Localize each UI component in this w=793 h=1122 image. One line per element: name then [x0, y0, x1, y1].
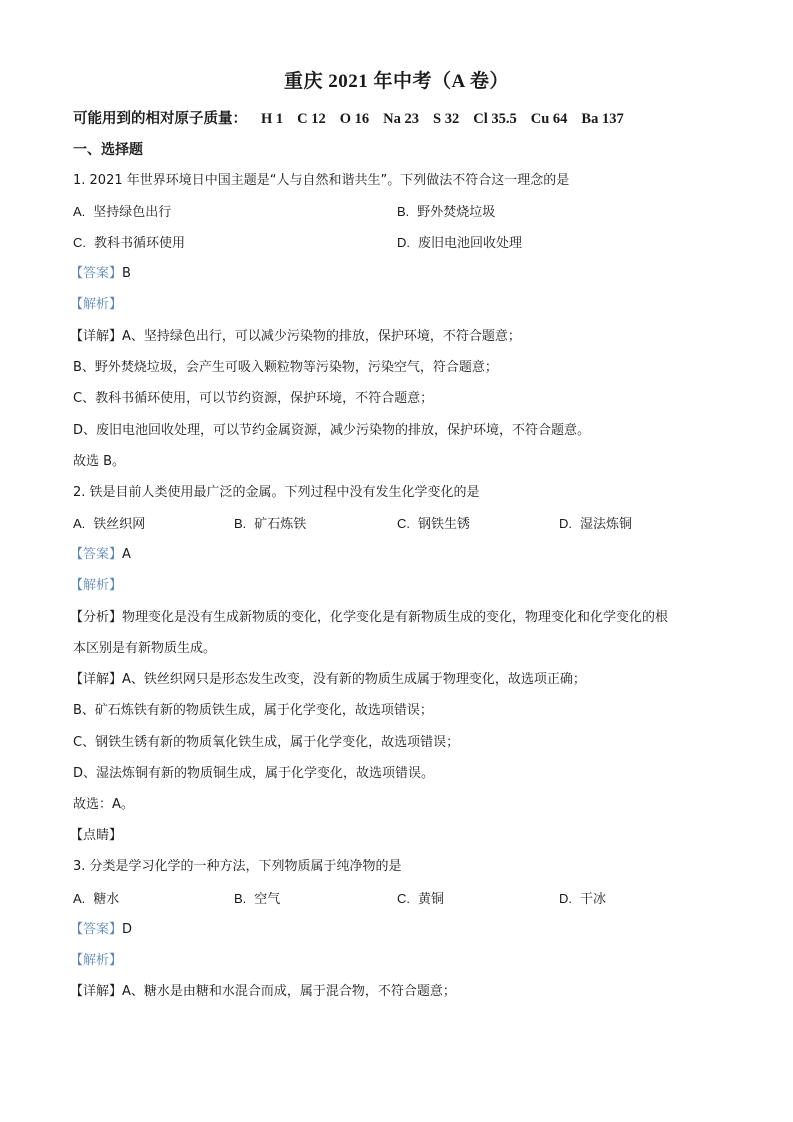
question-2-stem: 2. 铁是目前人类使用最广泛的金属。下列过程中没有发生化学变化的是: [73, 484, 480, 502]
q3-option-a: A.糖水: [73, 890, 119, 909]
reasoning-label: 【分析】: [70, 610, 122, 625]
q2-comment-label: 【点睛】: [70, 827, 122, 845]
answer-value: A: [122, 547, 131, 562]
q2-conclusion: 故选：A。: [73, 796, 134, 814]
q1-detail-d: D、废旧电池回收处理，可以节约金属资源，减少污染物的排放，保护环境，不符合题意。: [73, 422, 590, 440]
q1-detail-c: C、教科书循环使用，可以节约资源，保护环境，不符合题意；: [73, 390, 433, 408]
q1-conclusion: 故选 B。: [73, 453, 125, 471]
q2-analysis-label: 【解析】: [70, 577, 122, 595]
q2-option-a: A.铁丝织网: [73, 515, 145, 534]
detail-label: 【详解】: [70, 984, 122, 999]
mass-cl: Cl 35.5: [473, 111, 517, 127]
answer-value: D: [122, 922, 132, 937]
answer-label: 【答案】: [70, 922, 122, 937]
atomic-masses-line: 可能用到的相对原子质量：H 1C 12O 16Na 23S 32Cl 35.5C…: [73, 110, 624, 128]
mass-c: C 12: [297, 111, 326, 127]
q3-option-b: B.空气: [234, 890, 280, 909]
q3-answer: 【答案】D: [70, 921, 132, 939]
q1-option-d: D.废旧电池回收处理: [397, 234, 522, 253]
mass-s: S 32: [433, 111, 459, 127]
exam-page: 重庆 2021 年中考（A 卷） 可能用到的相对原子质量：H 1C 12O 16…: [0, 0, 793, 1122]
q3-option-d: D.干冰: [559, 890, 606, 909]
q2-option-d: D.湿法炼铜: [559, 515, 632, 534]
q2-detail-a: 【详解】A、铁丝织网只是形态发生改变，没有新的物质生成属于物理变化，故选项正确；: [70, 671, 586, 689]
q1-analysis-label: 【解析】: [70, 296, 122, 314]
question-3-stem: 3. 分类是学习化学的一种方法，下列物质属于纯净物的是: [73, 858, 402, 876]
q2-detail-b: B、矿石炼铁有新的物质铁生成，属于化学变化，故选项错误；: [73, 702, 433, 720]
q1-option-a: A.坚持绿色出行: [73, 203, 171, 222]
answer-value: B: [122, 266, 131, 281]
q1-option-b: B.野外焚烧垃圾: [397, 203, 495, 222]
q3-option-c: C.黄铜: [397, 890, 444, 909]
page-title: 重庆 2021 年中考（A 卷）: [0, 66, 793, 93]
q2-option-c: C.钢铁生锈: [397, 515, 470, 534]
q1-option-c: C.教科书循环使用: [73, 234, 185, 253]
q2-detail-c: C、钢铁生锈有新的物质氧化铁生成，属于化学变化，故选项错误；: [73, 734, 459, 752]
answer-label: 【答案】: [70, 547, 122, 562]
question-1-stem: 1. 2021 年世界环境日中国主题是“人与自然和谐共生”。下列做法不符合这一理…: [73, 172, 569, 190]
mass-ba: Ba 137: [581, 111, 623, 127]
q2-detail-d: D、湿法炼铜有新的物质铜生成，属于化学变化，故选项错误。: [73, 765, 434, 783]
q2-option-b: B.矿石炼铁: [234, 515, 306, 534]
section-title: 一、选择题: [73, 141, 143, 159]
q1-answer: 【答案】B: [70, 265, 131, 283]
atomic-masses-label: 可能用到的相对原子质量：: [73, 111, 247, 127]
q1-detail-a: 【详解】A、坚持绿色出行，可以减少污染物的排放，保护环境，不符合题意；: [70, 328, 521, 346]
mass-o: O 16: [340, 111, 369, 127]
mass-cu: Cu 64: [531, 111, 568, 127]
answer-label: 【答案】: [70, 266, 122, 281]
mass-na: Na 23: [383, 111, 419, 127]
q2-reasoning-1: 【分析】物理变化是没有生成新物质的变化，化学变化是有新物质生成的变化，物理变化和…: [70, 609, 668, 627]
q1-detail-b: B、野外焚烧垃圾，会产生可吸入颗粒物等污染物，污染空气，符合题意；: [73, 359, 498, 377]
q3-detail-a: 【详解】A、糖水是由糖和水混合而成，属于混合物，不符合题意；: [70, 983, 456, 1001]
detail-label: 【详解】: [70, 672, 122, 687]
q2-answer: 【答案】A: [70, 546, 131, 564]
q3-analysis-label: 【解析】: [70, 952, 122, 970]
detail-label: 【详解】: [70, 329, 122, 344]
mass-h: H 1: [261, 111, 283, 127]
q2-reasoning-2: 本区别是有新物质生成。: [73, 640, 216, 658]
